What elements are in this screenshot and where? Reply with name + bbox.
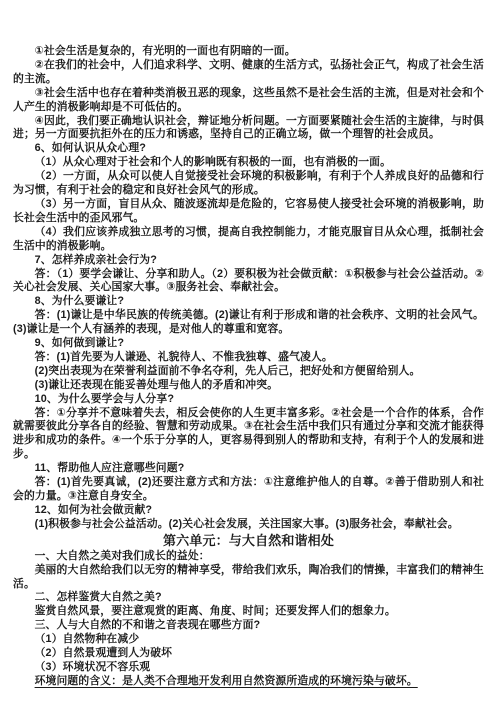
paragraph: 8、为什么要谦让? xyxy=(13,295,484,309)
paragraph: 6、如何认识从众心理? xyxy=(13,142,484,156)
paragraph: 答：①分享并不意味着失去，相反会使你的人生更丰富多彩。②社会是一个合作的体系，合… xyxy=(13,407,484,463)
paragraph: 答：(1)首先要真诚，(2)还要注意方式和方法：①注意维护他人的自尊。②善于借助… xyxy=(13,476,484,504)
paragraph: 答：（1）要学会谦让、分享和助人。（2）要积极为社会做贡献：①积极参与社会公益活… xyxy=(13,268,484,296)
document-page: ①社会生活是复杂的，有光明的一面也有阴暗的一面。②在我们的社会中，人们追求科学、… xyxy=(0,0,500,707)
paragraph: 12、如何为社会做贡献? xyxy=(13,504,484,518)
paragraph: ③社会生活中也存在着种类消极丑恶的现象，这些虽然不是社会生活的主流，但是对社会和… xyxy=(13,87,484,115)
paragraph: ②在我们的社会中，人们追求科学、文明、健康的生活方式，弘扬社会正气，构成了社会生… xyxy=(13,59,484,87)
paragraph: 二、怎样鉴赏大自然之美? xyxy=(13,591,484,605)
paragraph: ①社会生活是复杂的，有光明的一面也有阴暗的一面。 xyxy=(13,45,484,59)
paragraph: （4）我们应该养成独立思考的习惯，提高自我控制能力，才能克服盲目从众心理，抵制社… xyxy=(13,226,484,254)
paragraph: 答：(1)谦让是中华民族的传统美德。(2)谦让有利于形成和谐的社会秩序、文明的社… xyxy=(13,309,484,337)
paragraph: （2）一方面，从众可以使人自觉接受社会环境的积极影响，有利于个人养成良好的品德和… xyxy=(13,170,484,198)
paragraph: （1）自然物种在减少 xyxy=(13,633,484,647)
paragraph: (1)积极参与社会公益活动。(2)关心社会发展，关注国家大事。(3)服务社会，奉… xyxy=(13,518,484,532)
document-body: ①社会生活是复杂的，有光明的一面也有阴暗的一面。②在我们的社会中，人们追求科学、… xyxy=(13,45,484,689)
paragraph: 三、人与大自然的不和谐之音表现在哪些方面? xyxy=(13,619,484,633)
paragraph: 鉴赏自然风景，要注意观赏的距离、角度、时间；还要发挥人们的想象力。 xyxy=(13,605,484,619)
paragraph: 答：(1)首先要为人谦逊、礼貌待人、不惟我独尊、盛气凌人。 xyxy=(13,351,484,365)
paragraph: (2)突出表现为在荣誉利益面前不争名夺利，先人后己，把好处和方便留给别人。 xyxy=(13,365,484,379)
paragraph: （3）另一方面，盲目从众、随波逐流却是危险的，它容易使人接受社会环境的消极影响，… xyxy=(13,198,484,226)
paragraph: (3)谦让还表现在能妥善处理与他人的矛盾和冲突。 xyxy=(13,379,484,393)
paragraph: （2）自然景观遭到人为破坏 xyxy=(13,647,484,661)
paragraph: 7、怎样养成亲社会行为? xyxy=(13,254,484,268)
paragraph: 11、帮助他人应注意哪些问题? xyxy=(13,462,484,476)
paragraph: 环境问题的含义：是人类不合理地开发利用自然资源所造成的环境污染与破坏。 xyxy=(13,675,484,689)
paragraph: 一、大自然之美对我们成长的益处： xyxy=(13,550,484,564)
paragraph: 9、如何做到谦让? xyxy=(13,337,484,351)
paragraph: （3）环境状况不容乐观 xyxy=(13,661,484,675)
paragraph: （1）从众心理对于社会和个人的影响既有积极的一面，也有消极的一面。 xyxy=(13,156,484,170)
paragraph: ④因此，我们要正确地认识社会，辩证地分析问题。一方面要紧随社会生活的主旋律，与时… xyxy=(13,115,484,143)
section-heading: 第六单元：与大自然和谐相处 xyxy=(13,532,484,550)
paragraph: 10、为什么要学会与人分享? xyxy=(13,393,484,407)
paragraph: 美丽的大自然给我们以无穷的精神享受，带给我们欢乐，陶冶我们的情操，丰富我们的精神… xyxy=(13,564,484,592)
